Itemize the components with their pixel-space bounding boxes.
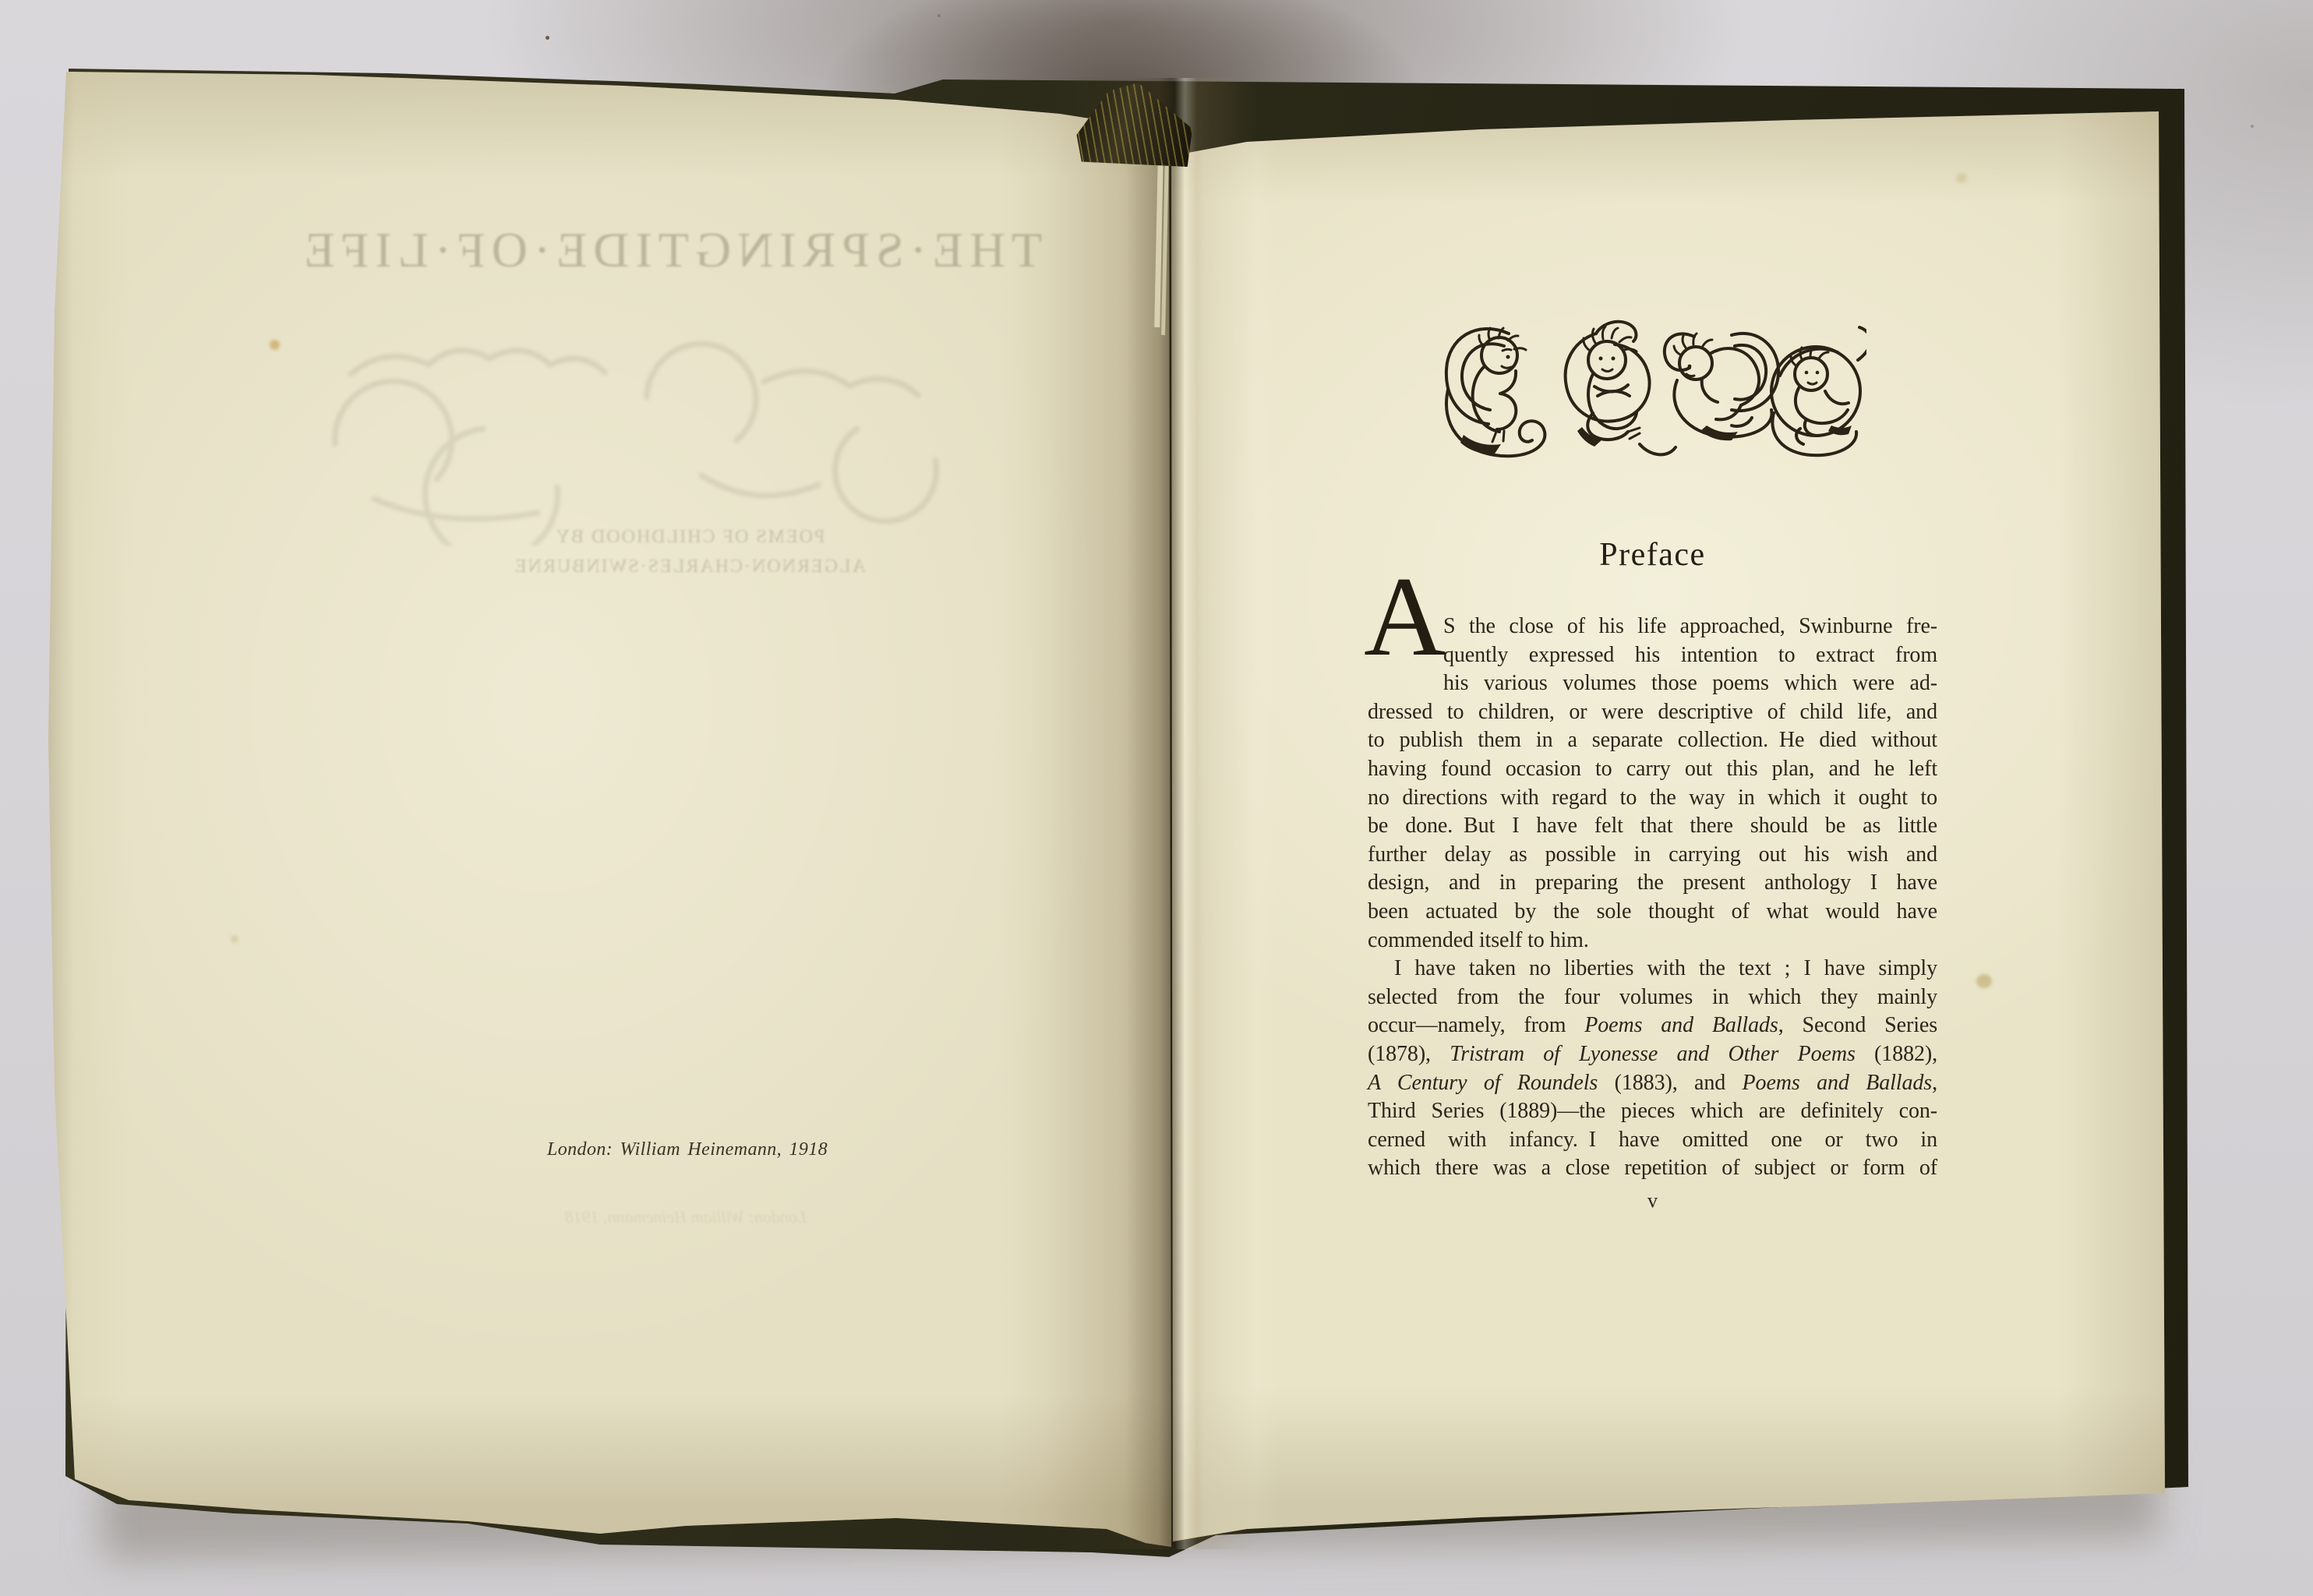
text-line: occur—namely, from Poems and Ballads, Se…: [1368, 1012, 1937, 1040]
text-line: A Century of Roundels (1883), and Poems …: [1368, 1069, 1937, 1098]
show-through-illustration: [281, 312, 1044, 546]
text-line: his various volumes those poems which we…: [1368, 669, 1937, 698]
dust-speck: [938, 14, 941, 17]
show-through-subtitle-line1: POEMS OF CHILDHOOD BY: [394, 527, 986, 548]
text-line: which there was a close repetition of su…: [1368, 1154, 1937, 1183]
dust-speck: [2251, 125, 2254, 128]
preface-heading: Preface: [1368, 536, 1937, 574]
imprint-line: London: William Heinemann, 1918: [547, 1139, 1015, 1160]
drop-cap: A: [1364, 560, 1446, 673]
text-line: to publish them in a separate collection…: [1368, 726, 1937, 755]
text-line: Third Series (1889)—the pieces which are…: [1368, 1097, 1937, 1126]
dust-speck: [546, 36, 549, 40]
foxing-spot: [1976, 974, 1992, 988]
foxing-spot: [270, 340, 280, 350]
page-number: v: [1368, 1189, 1937, 1213]
text-line: further delay as possible in carrying ou…: [1368, 841, 1937, 870]
cherub-headpiece-illustration: [1435, 307, 1866, 486]
show-through-imprint: London: William Heinemann, 1918: [499, 1207, 873, 1227]
text-line: S the close of his life approached, Swin…: [1368, 613, 1937, 641]
photo-of-open-book: THE·SPRINGTIDE·OF·LIFE POEMS OF CHILDHOO…: [0, 0, 2313, 1596]
gutter-shadow: [1044, 78, 1317, 1549]
text-line: be done. But I have felt that there shou…: [1368, 812, 1937, 841]
text-line: dressed to children, or were descriptive…: [1368, 698, 1937, 727]
text-line: I have taken no liberties with the text …: [1368, 955, 1937, 983]
foxing-spot: [1956, 173, 1967, 183]
text-line: (1878), Tristram of Lyonesse and Other P…: [1368, 1040, 1937, 1069]
show-through-subtitle-line2: ALGERNON·CHARLES·SWINBURNE: [394, 556, 986, 577]
foxing-spot: [231, 935, 238, 943]
text-line: commended itself to him.: [1368, 927, 1937, 955]
text-line: quently expressed his intention to extra…: [1368, 641, 1937, 670]
show-through-title: THE·SPRINGTIDE·OF·LIFE: [234, 221, 1107, 279]
text-line: been actuated by the sole thought of wha…: [1368, 898, 1937, 927]
text-line: no directions with regard to the way in …: [1368, 784, 1937, 813]
text-line: cerned with infancy. I have omitted one …: [1368, 1126, 1937, 1155]
text-line: having found occasion to carry out this …: [1368, 755, 1937, 784]
text-line: selected from the four volumes in which …: [1368, 983, 1937, 1012]
preface-body: AS the close of his life approached, Swi…: [1368, 613, 1937, 1183]
text-line: design, and in preparing the present ant…: [1368, 869, 1937, 898]
